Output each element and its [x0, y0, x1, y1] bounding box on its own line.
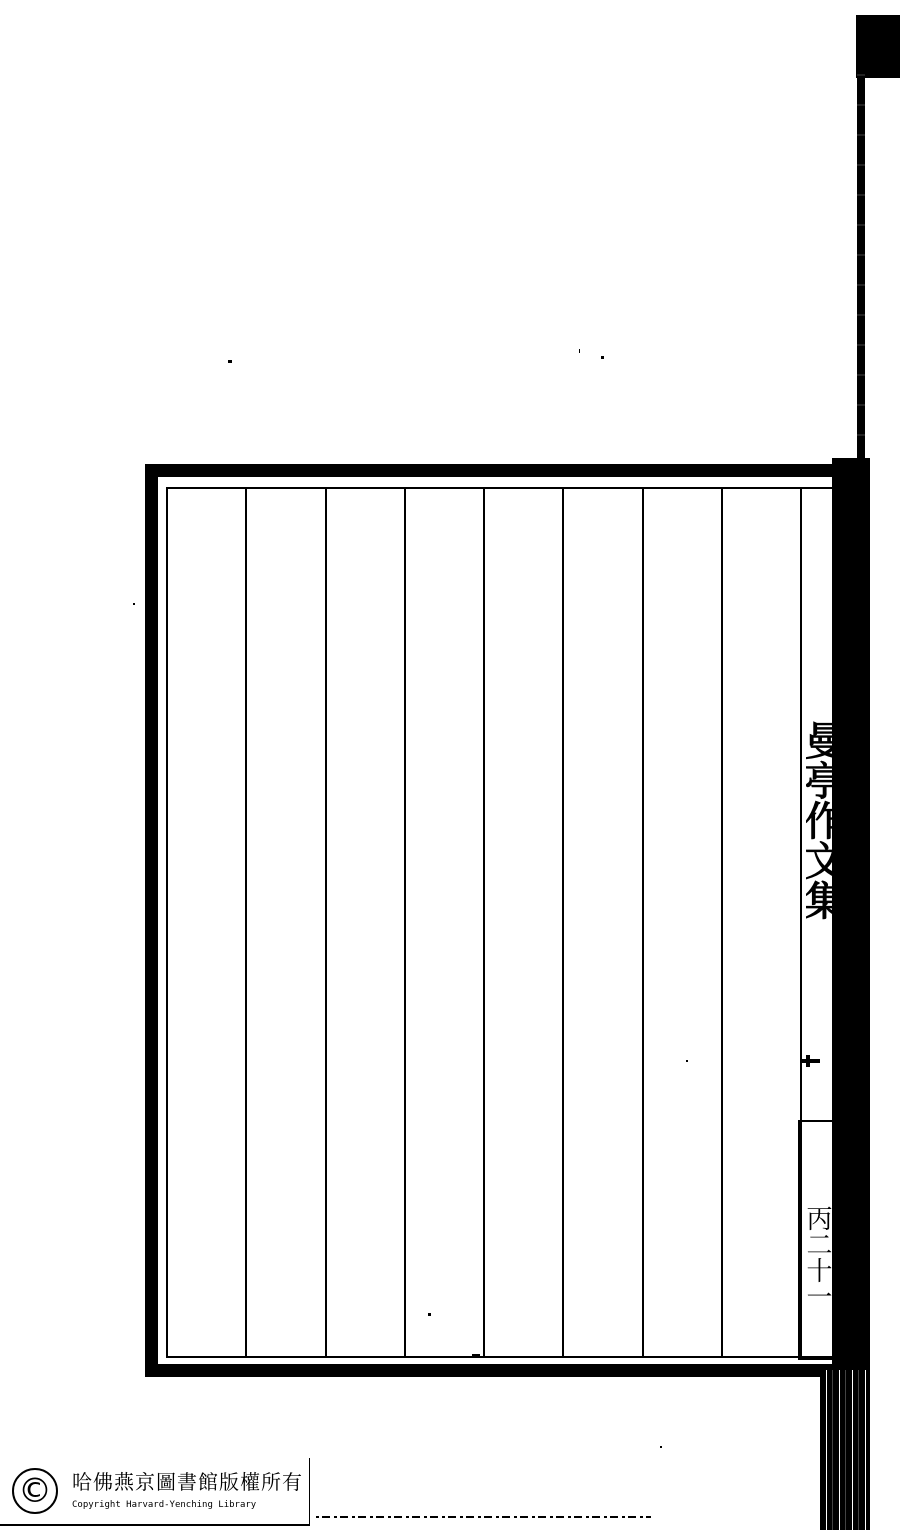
page-frame-inner	[166, 487, 832, 1358]
copyright-text-chinese: 哈佛燕京圖書館版權所有	[72, 1466, 303, 1495]
column-divider	[642, 487, 644, 1358]
column-divider	[325, 487, 327, 1358]
scan-speck	[601, 356, 604, 359]
scan-speck	[228, 360, 232, 363]
scan-speck	[579, 349, 580, 353]
scan-noise-line	[316, 1516, 651, 1518]
scan-speck	[660, 1446, 662, 1448]
fold-fishtail-mark	[802, 1055, 822, 1067]
scan-speck	[133, 603, 135, 605]
copyright-icon: ©	[12, 1468, 58, 1514]
scan-speck	[472, 1354, 480, 1358]
leaf-number-label: 丙二十一	[800, 1205, 832, 1309]
copyright-text-english: Copyright Harvard-Yenching Library	[72, 1500, 256, 1510]
column-divider	[404, 487, 406, 1358]
scan-speck	[428, 1313, 431, 1316]
column-divider	[562, 487, 564, 1358]
spine-edge	[857, 60, 865, 470]
column-divider	[483, 487, 485, 1358]
scan-speck	[686, 1060, 688, 1062]
copyright-block: © 哈佛燕京圖書館版權所有 Copyright Harvard-Yenching…	[0, 1458, 310, 1526]
column-divider	[245, 487, 247, 1358]
column-divider	[721, 487, 723, 1358]
gutter-shadow-lower	[820, 1370, 870, 1530]
